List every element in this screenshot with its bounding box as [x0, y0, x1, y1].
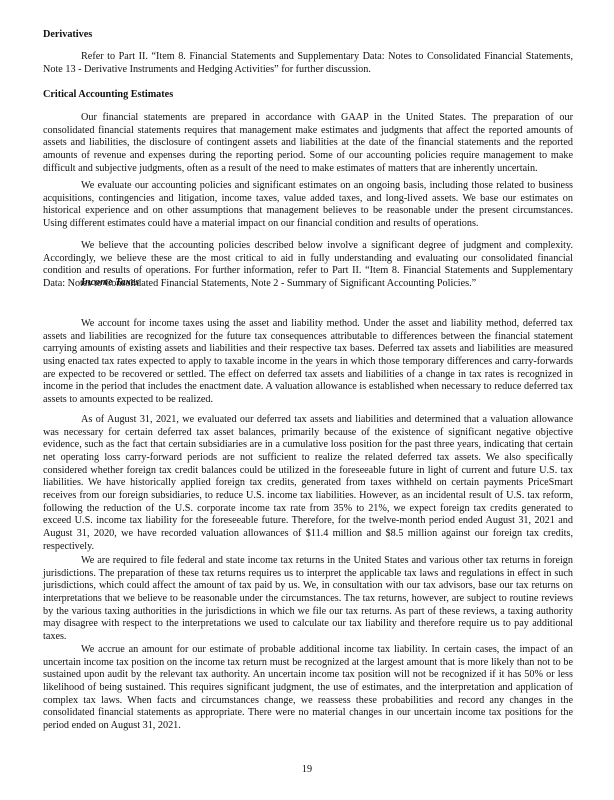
paragraph-critical-2: We evaluate our accounting policies and …: [43, 180, 573, 231]
document-page: Derivatives Refer to Part II. “Item 8. F…: [0, 0, 614, 800]
page-number: 19: [0, 764, 614, 777]
heading-income-taxes: Income Taxes: [81, 277, 611, 290]
paragraph-income-taxes-1: We account for income taxes using the as…: [43, 318, 573, 407]
paragraph-income-taxes-3: We are required to file federal and stat…: [43, 555, 573, 644]
paragraph-derivatives-1: Refer to Part II. “Item 8. Financial Sta…: [43, 51, 573, 76]
paragraph-income-taxes-2: As of August 31, 2021, we evaluated our …: [43, 414, 573, 553]
paragraph-critical-1: Our financial statements are prepared in…: [43, 112, 573, 175]
heading-derivatives: Derivatives: [43, 29, 573, 42]
heading-critical-accounting-estimates: Critical Accounting Estimates: [43, 89, 573, 102]
paragraph-income-taxes-4: We accrue an amount for our estimate of …: [43, 644, 573, 733]
